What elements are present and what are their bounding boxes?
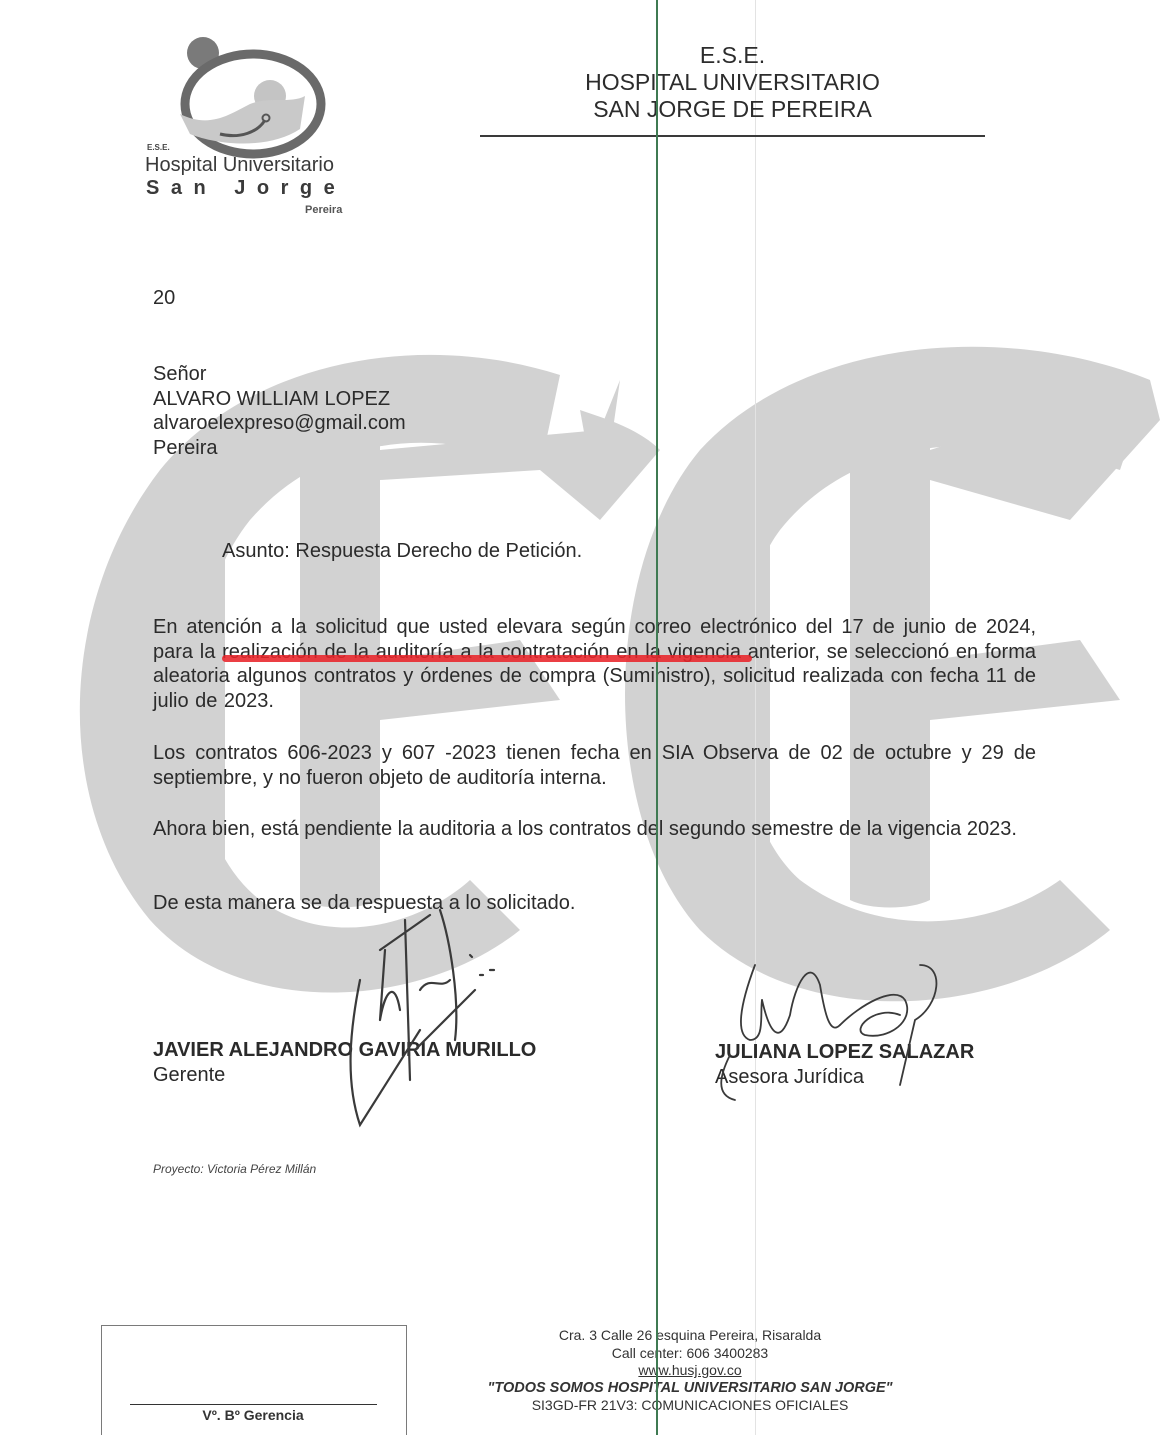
letterhead-line-2: HOSPITAL UNIVERSITARIO: [480, 69, 985, 96]
recipient-city: Pereira: [153, 436, 406, 461]
letterhead-rule: [480, 135, 985, 137]
letterhead-line-1: E.S.E.: [480, 42, 985, 69]
letterhead-line-3: SAN JORGE DE PEREIRA: [480, 96, 985, 123]
recipient-email: alvaroelexpreso@gmail.com: [153, 411, 406, 436]
footer-website-link[interactable]: www.husj.gov.co: [455, 1362, 925, 1380]
recipient-salutation: Señor: [153, 362, 406, 387]
footer-contact: Cra. 3 Calle 26 esquina Pereira, Risaral…: [455, 1327, 925, 1415]
signature-gerente-icon: [340, 880, 520, 1130]
recipient-block: Señor ALVARO WILLIAM LOPEZ alvaroelexpre…: [153, 362, 406, 460]
paragraph-2: Los contratos 606-2023 y 607 -2023 tiene…: [153, 741, 1036, 790]
recipient-name: ALVARO WILLIAM LOPEZ: [153, 387, 406, 412]
letterhead-title: E.S.E. HOSPITAL UNIVERSITARIO SAN JORGE …: [480, 42, 985, 123]
signer-1-role: Gerente: [153, 1064, 225, 1087]
footer-address: Cra. 3 Calle 26 esquina Pereira, Risaral…: [455, 1327, 925, 1345]
projected-by-note: Proyecto: Victoria Pérez Millán: [153, 1162, 316, 1176]
footer-form-code: SI3GD-FR 21V3: COMUNICACIONES OFICIALES: [455, 1397, 925, 1415]
paragraph-1: En atención a la solicitud que usted ele…: [153, 615, 1036, 713]
scan-artifact-line: [755, 0, 756, 1435]
approval-label: Vº. Bº Gerencia: [101, 1407, 405, 1423]
red-highlight-mark: [222, 655, 752, 662]
letter-subject: Asunto: Respuesta Derecho de Petición.: [222, 539, 582, 564]
scan-artifact-line-green: [656, 0, 658, 1435]
paragraph-3: Ahora bien, está pendiente la auditoria …: [153, 817, 1036, 842]
footer-call-center: Call center: 606 3400283: [455, 1345, 925, 1363]
hospital-logo-icon: [140, 34, 370, 224]
letter-number: 20: [153, 286, 175, 311]
signature-asesora-icon: [700, 945, 960, 1105]
approval-signature-line: [130, 1404, 377, 1405]
footer-slogan: "TODOS SOMOS HOSPITAL UNIVERSITARIO SAN …: [455, 1380, 925, 1398]
